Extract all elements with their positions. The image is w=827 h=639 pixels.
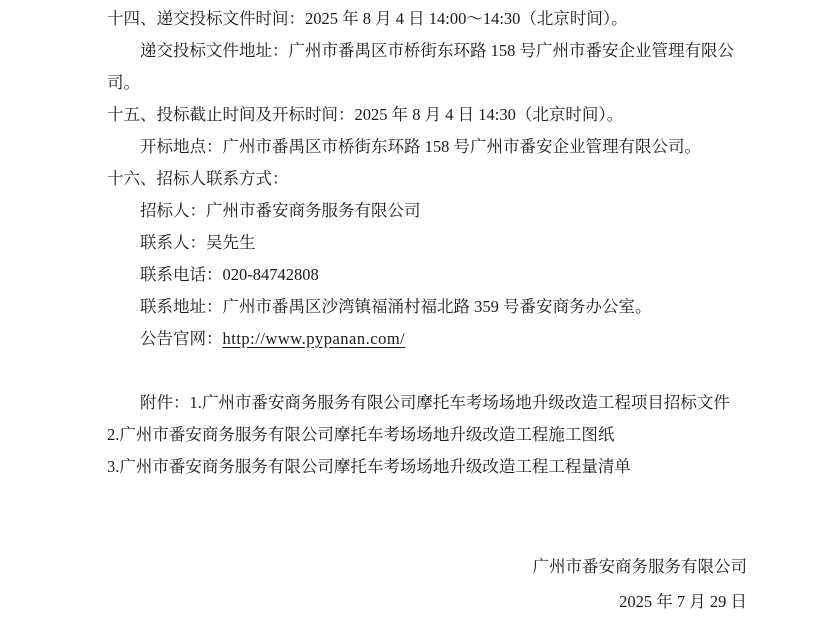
attachment-item-1: 1.广州市番安商务服务有限公司摩托车考场场地升级改造工程项目招标文件: [190, 393, 730, 412]
document-page: 十四、递交投标文件时间：2025 年 8 月 4 日 14:00～14:30（北…: [0, 0, 827, 639]
section16-heading: 十六、招标人联系方式：: [107, 163, 747, 195]
contact-address-line: 联系地址：广州市番禺区沙湾镇福涌村福北路 359 号番安商务办公室。: [107, 291, 747, 323]
section15-heading: 十五、投标截止时间及开标时间：2025 年 8 月 4 日 14:30（北京时间…: [107, 99, 747, 131]
blank-line: [107, 355, 747, 387]
website-label: 公告官网：: [140, 329, 223, 348]
section14-submission-address: 递交投标文件地址：广州市番禺区市桥街东环路 158 号广州市番安企业管理有限公司…: [107, 35, 747, 99]
section15-opening-venue: 开标地点：广州市番禺区市桥街东环路 158 号广州市番安企业管理有限公司。: [107, 131, 747, 163]
signature-date: 2025 年 7 月 29 日: [533, 584, 748, 619]
signature-company: 广州市番安商务服务有限公司: [533, 549, 748, 584]
document-body: 十四、递交投标文件时间：2025 年 8 月 4 日 14:00～14:30（北…: [107, 3, 747, 483]
website-link[interactable]: http://www.pypanan.com/: [223, 329, 406, 348]
attachment-item-2: 2.广州市番安商务服务有限公司摩托车考场场地升级改造工程施工图纸: [107, 419, 747, 451]
tenderee-line: 招标人：广州市番安商务服务有限公司: [107, 195, 747, 227]
contact-phone-line: 联系电话：020-84742808: [107, 259, 747, 291]
signature-block: 广州市番安商务服务有限公司 2025 年 7 月 29 日: [533, 549, 748, 619]
attachments-label: 附件：: [140, 393, 190, 412]
attachment-line-1: 附件：1.广州市番安商务服务有限公司摩托车考场场地升级改造工程项目招标文件: [107, 387, 747, 419]
attachment-item-3: 3.广州市番安商务服务有限公司摩托车考场场地升级改造工程工程量清单: [107, 451, 747, 483]
website-line: 公告官网：http://www.pypanan.com/: [107, 323, 747, 355]
contact-person-line: 联系人：吴先生: [107, 227, 747, 259]
section14-heading: 十四、递交投标文件时间：2025 年 8 月 4 日 14:00～14:30（北…: [107, 3, 747, 35]
